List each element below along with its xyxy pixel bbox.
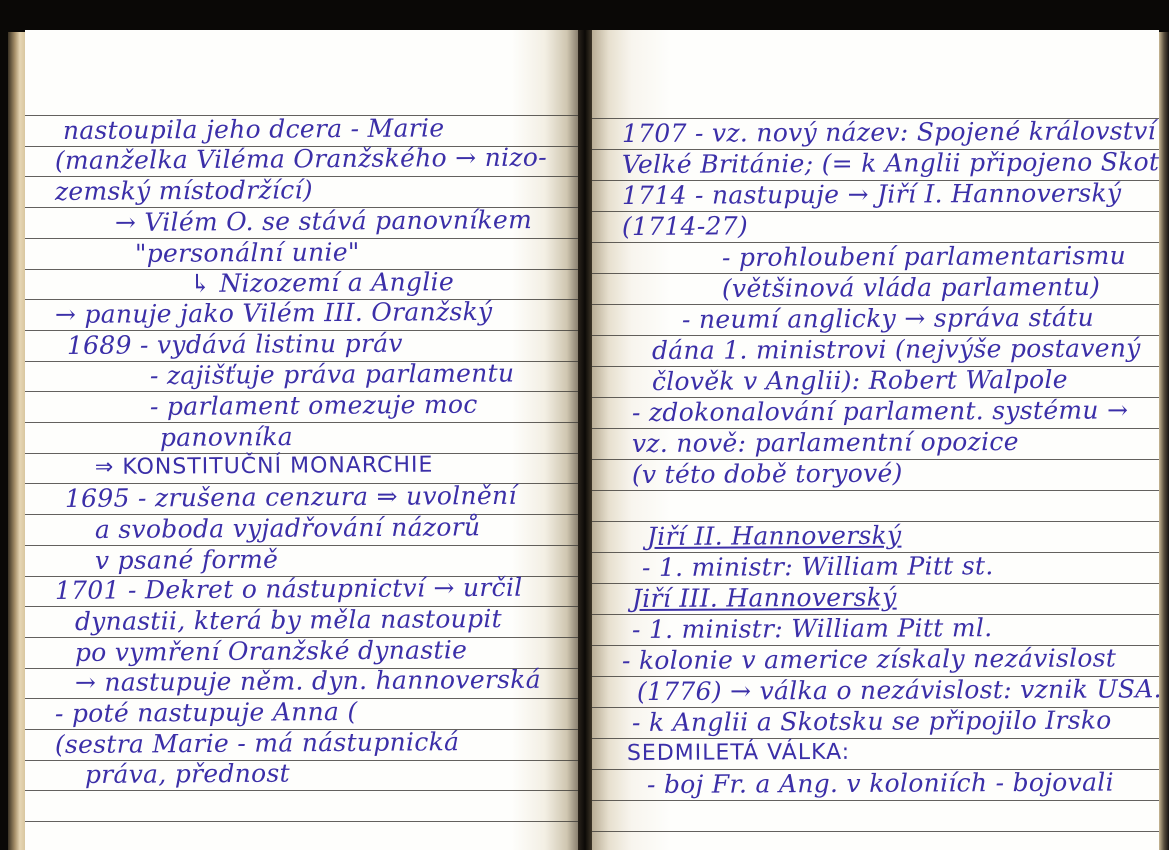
- handwritten-line: v psané formě: [95, 544, 279, 575]
- handwritten-line: a svoboda vyjadřování názorů: [95, 512, 481, 545]
- handwritten-line: po vymření Oranžské dynastie: [75, 635, 467, 668]
- right-page-edge: [1159, 32, 1169, 850]
- handwritten-line: (1714-27): [622, 211, 748, 242]
- handwritten-line: - parlament omezuje moc: [150, 390, 478, 422]
- handwritten-line: - 1. ministr: William Pitt st.: [642, 551, 994, 583]
- handwritten-line: - zdokonalování parlament. systému →: [632, 395, 1129, 428]
- handwritten-line: Velké Británie; (= k Anglii připojeno Sk…: [622, 147, 1159, 180]
- handwritten-line: - kolonie v americe získaly nezávislost: [622, 643, 1116, 676]
- handwritten-line: panovníka: [160, 422, 293, 453]
- handwritten-line: - 1. ministr: William Pitt ml.: [632, 613, 993, 645]
- notebook-spread: nastoupila jeho dcera - Marie(manželka V…: [0, 0, 1169, 850]
- right-page: 1707 - vz. nový název: Spojené královstv…: [592, 30, 1159, 850]
- handwritten-line: - k Anglii a Skotsku se připojilo Irsko: [632, 705, 1112, 738]
- handwritten-line: Jiří II. Hannoverský: [647, 521, 902, 552]
- handwritten-line: 1707 - vz. nový název: Spojené královstv…: [622, 116, 1156, 149]
- handwritten-line: - poté nastupuje Anna (: [55, 697, 358, 729]
- handwritten-line: (většinová vláda parlamentu): [722, 272, 1100, 304]
- handwritten-line: 1695 - zrušena cenzura ⇒ uvolnění: [65, 481, 517, 514]
- handwritten-line: - prohloubení parlamentarismu: [722, 241, 1126, 273]
- handwritten-line: → nastupuje něm. dyn. hannoverská: [75, 665, 541, 698]
- ruled-line: [592, 490, 1159, 491]
- handwritten-line: vz. nově: parlamentní opozice: [632, 427, 1019, 459]
- handwritten-line: → panuje jako Vilém III. Oranžský: [55, 297, 493, 330]
- handwritten-line: - neumí anglicky → správa státu: [682, 303, 1094, 335]
- handwritten-line: práva, přednost: [85, 759, 290, 790]
- handwritten-line: Jiří III. Hannoverský: [632, 583, 897, 614]
- handwritten-line: (manželka Viléma Oranžského → nizo-: [55, 143, 547, 176]
- ruled-line: [592, 831, 1159, 832]
- handwritten-line: ⇒ KONSTITUČNÍ MONARCHIE: [95, 451, 434, 483]
- handwritten-line: → Vilém O. se stává panovníkem: [115, 205, 532, 238]
- handwritten-line: člověk v Anglii): Robert Walpole: [652, 365, 1068, 397]
- left-page-edge: [8, 32, 25, 850]
- handwritten-line: 1714 - nastupuje → Jiří I. Hannoverský: [622, 178, 1122, 211]
- handwritten-line: ↳ Nizozemí a Anglie: [190, 267, 454, 299]
- ruled-line: [25, 422, 578, 423]
- handwritten-line: (1776) → válka o nezávislost: vznik USA.: [637, 674, 1159, 707]
- handwritten-line: nastoupila jeho dcera - Marie: [63, 113, 445, 146]
- handwritten-line: dynastii, která by měla nastoupit: [75, 604, 502, 637]
- ruled-line: [25, 821, 578, 822]
- handwritten-line: dána 1. ministrovi (nejvýše postavený: [652, 333, 1141, 366]
- handwritten-line: (sestra Marie - má nástupnická: [55, 727, 460, 760]
- handwritten-line: - boj Fr. a Ang. v koloniích - bojovali: [647, 768, 1114, 800]
- handwritten-line: 1701 - Dekret o nástupnictví → určil: [55, 573, 523, 606]
- notebook-spine: [578, 30, 592, 850]
- handwritten-line: 1689 - vydává listinu práv: [67, 328, 403, 360]
- handwritten-line: "personální unie": [135, 237, 360, 269]
- handwritten-line: (v této době toryové): [632, 459, 903, 490]
- handwritten-line: - zajišťuje práva parlamentu: [150, 359, 515, 392]
- left-page: nastoupila jeho dcera - Marie(manželka V…: [25, 30, 578, 850]
- ruled-line: [592, 800, 1159, 801]
- handwritten-line: zemský místodržící): [55, 175, 313, 207]
- ruled-line: [25, 790, 578, 791]
- handwritten-line: SEDMILETÁ VÁLKA:: [627, 738, 850, 769]
